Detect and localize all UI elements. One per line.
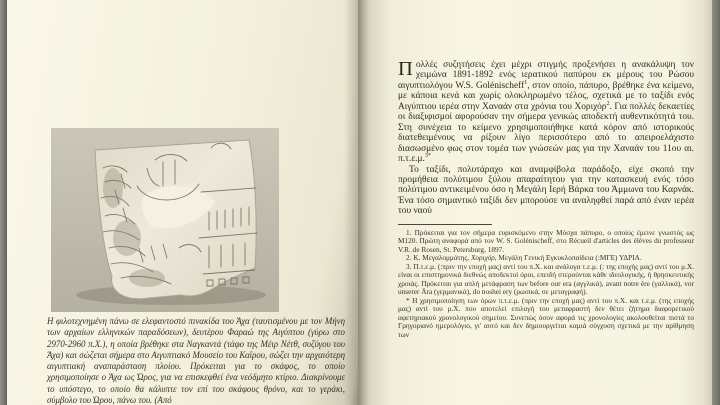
right-page-edge xyxy=(712,0,720,405)
book-spread-photo: { "colors": { "background": "#77776f", "… xyxy=(0,0,720,405)
photo-caption: Η φιλοτεχνημένη πάνω σε ελεφαντοστό πινα… xyxy=(47,316,345,405)
paragraph-1: Πολλές συζητήσεις έχει μέχρι στιγμής προ… xyxy=(398,60,694,165)
footnote-reference-3: 3* xyxy=(425,153,431,159)
footnote-1: 1. Πρόκειται για τον σήμερα ευρισκόμενο … xyxy=(398,229,694,255)
footnote-asterisk: * Η χρησιμοποίηση των όρων π.τ.ε.μ. (πρι… xyxy=(398,297,694,340)
footnote-2-text-b: , Μεγάλη Γενική Εγκυκλοπαίδεια (:ΜΓΕ) ΥΔ… xyxy=(495,253,642,262)
right-page: Πολλές συζητήσεις έχει μέχρι στιγμής προ… xyxy=(358,0,714,405)
main-text-column: Πολλές συζητήσεις έχει μέχρι στιγμής προ… xyxy=(398,60,694,339)
drop-cap: Π xyxy=(398,60,416,79)
paragraph-2: Το ταξίδι, πολυτάραχο και αναμφίβολα παρ… xyxy=(398,165,694,217)
footnote-3: 3. Π.τ.ε.μ. (:πριν την εποχή μας) αντί τ… xyxy=(398,263,694,297)
left-page-edge xyxy=(0,0,7,405)
book-spread: Η φιλοτεχνημένη πάνω σε ελεφαντοστό πινα… xyxy=(0,0,720,405)
footnote-2-italic-title: Χοριχόρ xyxy=(471,253,495,262)
footnote-2-text-a: 2. Κ. Μεγαλομμάτης, xyxy=(406,253,471,262)
ivory-plaque-illustration xyxy=(51,128,279,312)
footnote-separator-rule xyxy=(398,224,492,225)
artifact-photo xyxy=(51,128,279,312)
left-page: Η φιλοτεχνημένη πάνω σε ελεφαντοστό πινα… xyxy=(7,0,358,405)
